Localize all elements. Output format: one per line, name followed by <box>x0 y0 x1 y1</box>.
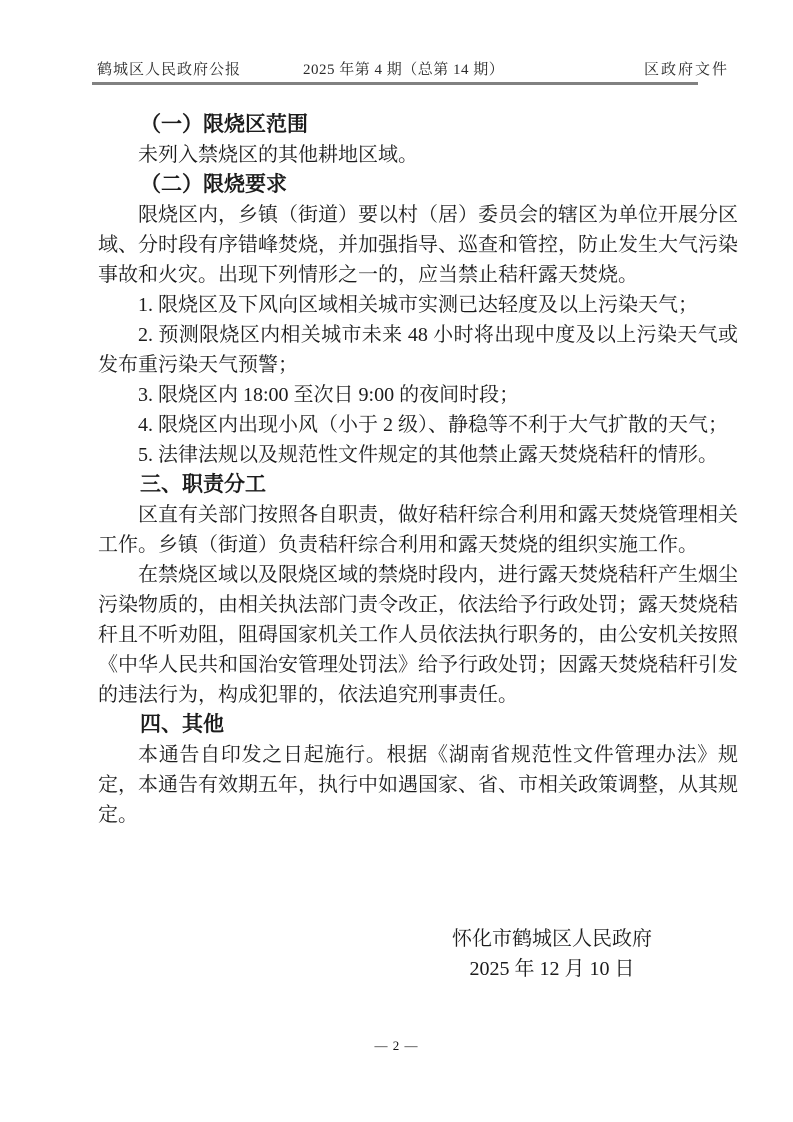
heading-restricted-burning-scope: （一）限烧区范围 <box>98 110 738 140</box>
page-footer: — 2 — <box>0 1038 793 1054</box>
gazette-page: 鹤城区人民政府公报 2025 年第 4 期（总第 14 期） 区政府文件 （一）… <box>0 0 793 1122</box>
issue-date: 2025 年 12 月 10 日 <box>366 954 738 984</box>
header-divider-rule <box>92 82 698 85</box>
issuing-authority: 怀化市鹤城区人民政府 <box>366 924 738 954</box>
signature-block: 怀化市鹤城区人民政府 2025 年 12 月 10 日 <box>366 924 738 984</box>
document-category: 区政府文件 <box>644 58 729 79</box>
list-item-1: 1. 限烧区及下风向区域相关城市实测已达轻度及以上污染天气； <box>98 290 738 320</box>
list-item-3: 3. 限烧区内 18:00 至次日 9:00 的夜间时段； <box>98 380 738 410</box>
issue-number: 2025 年第 4 期（总第 14 期） <box>303 58 504 79</box>
list-item-2: 2. 预测限烧区内相关城市未来 48 小时将出现中度及以上污染天气或发布重污染天… <box>98 320 738 380</box>
heading-division-of-duties: 三、职责分工 <box>98 470 738 500</box>
document-body: （一）限烧区范围 未列入禁烧区的其他耕地区域。 （二）限烧要求 限烧区内，乡镇（… <box>98 110 738 984</box>
paragraph-duties-1: 区直有关部门按照各自职责，做好秸秆综合利用和露天焚烧管理相关工作。乡镇（街道）负… <box>98 500 738 560</box>
paragraph-duties-2: 在禁烧区域以及限烧区域的禁烧时段内，进行露天焚烧秸秆产生烟尘污染物质的，由相关执… <box>98 560 738 710</box>
list-item-5: 5. 法律法规以及规范性文件规定的其他禁止露天焚烧秸秆的情形。 <box>98 440 738 470</box>
heading-restricted-burning-requirements: （二）限烧要求 <box>98 170 738 200</box>
heading-other: 四、其他 <box>98 710 738 740</box>
page-number: — 2 — <box>375 1038 419 1053</box>
paragraph-restricted-requirements: 限烧区内，乡镇（街道）要以村（居）委员会的辖区为单位开展分区域、分时段有序错峰焚… <box>98 200 738 290</box>
paragraph-other: 本通告自印发之日起施行。根据《湖南省规范性文件管理办法》规定，本通告有效期五年，… <box>98 740 738 830</box>
running-header: 鹤城区人民政府公报 2025 年第 4 期（总第 14 期） 区政府文件 <box>97 58 729 79</box>
list-item-4: 4. 限烧区内出现小风（小于 2 级）、静稳等不利于大气扩散的天气； <box>98 410 738 440</box>
paragraph-restricted-scope: 未列入禁烧区的其他耕地区域。 <box>98 140 738 170</box>
publication-title: 鹤城区人民政府公报 <box>97 58 241 79</box>
